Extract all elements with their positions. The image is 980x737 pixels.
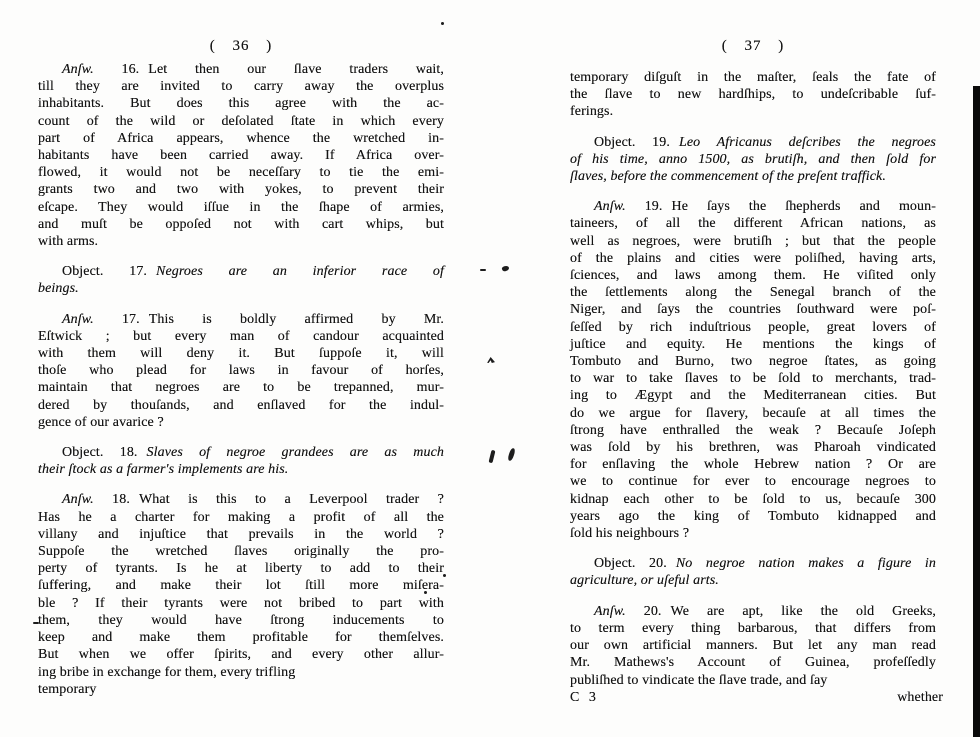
text-line: ſuffering, and make their lot ſtill more…: [38, 577, 444, 594]
text-line: for enſlaving the whole Hebrew nation ? …: [570, 456, 936, 473]
paragraph-number: 20.: [649, 556, 667, 571]
paragraph-answer-19: Anſw. 19.He ſays the ſhepherds and moun-…: [570, 198, 936, 542]
paragraph-number: 19.: [645, 199, 663, 214]
line-text: He ſays the ſhepherds and moun-: [672, 199, 936, 214]
text-line: maintain that negroes are to be trepanne…: [38, 379, 444, 396]
paragraph-objection-18: Object. 18.Slaves of negroe grandees are…: [38, 444, 444, 478]
text-line: till they are invited to carry away the …: [38, 78, 444, 95]
ink-speck: [443, 574, 446, 577]
paragraph-answer-16: Anſw. 16.Let then our ſlave traders wait…: [38, 61, 444, 250]
text-line: to war to take ſlaves to be ſold to merc…: [570, 370, 936, 387]
line-text: Negroes are an inferior race of: [156, 264, 444, 279]
text-line: ble ? If their tyrants were not bribed t…: [38, 595, 444, 612]
text-line: ſciences, and laws among them. He viſite…: [570, 267, 936, 284]
text-line: Anſw. 20.We are apt, like the old Greeks…: [570, 603, 936, 620]
text-line: temporary diſguſt in the maſter, ſeals t…: [570, 69, 936, 86]
paragraph-label: Object.: [594, 135, 636, 150]
text-line: of his time, anno 1500, as brutiſh, and …: [570, 151, 936, 168]
page-36: ( 36 ) Anſw. 16.Let then our ſlave trade…: [38, 38, 444, 698]
text-line: ſlaves, before the commencement of the p…: [570, 168, 936, 185]
paragraph-objection-17: Object. 17.Negroes are an inferior race …: [38, 263, 444, 297]
signature-mark: C 3: [570, 690, 599, 705]
paragraph-objection-19: Object. 19.Leo Africanus deſcribes the n…: [570, 134, 936, 186]
paragraph-objection-20: Object. 20.No negroe nation makes a figu…: [570, 555, 936, 589]
page-37-text: temporary diſguſt in the maſter, ſeals t…: [570, 69, 936, 706]
catchword: whether: [897, 689, 943, 706]
paragraph-number: 17.: [129, 264, 147, 279]
paragraph-number: 18.: [112, 492, 130, 507]
text-line: gence of our avarice ?: [38, 414, 444, 431]
paragraph-continuation: temporary diſguſt in the maſter, ſeals t…: [570, 69, 936, 121]
line-text: This is boldly affirmed by Mr.: [149, 312, 444, 327]
text-line: the ſettlements along the Senegal branch…: [570, 284, 936, 301]
text-line: count of the wild or deſolated ſtate in …: [38, 113, 444, 130]
text-line: ing bribe in exchange for them, every tr…: [38, 664, 444, 681]
text-line: our own artificial manners. But let any …: [570, 637, 936, 654]
text-line: them, they would have ſtrong inducements…: [38, 612, 444, 629]
paragraph-label: Object.: [62, 445, 104, 460]
text-line: with them will deny it. But ſuppoſe it, …: [38, 345, 444, 362]
paragraph-label: Anſw.: [62, 312, 94, 327]
text-line: grants two and two with yokes, to preven…: [38, 181, 444, 198]
text-line: Object. 20.No negroe nation makes a figu…: [570, 555, 936, 572]
paragraph-answer-18: Anſw. 18.What is this to a Leverpool tra…: [38, 491, 444, 680]
ink-speck: [441, 22, 444, 25]
text-line: do we argue for ſlavery, becauſe at all …: [570, 405, 936, 422]
text-line: we to continue for ever to encourage neg…: [570, 473, 936, 490]
text-line: Eſtwick ; but every man of candour acqua…: [38, 328, 444, 345]
line-text: We are apt, like the old Greeks,: [671, 604, 936, 619]
text-line: ing to Ægypt and the Mediterranean citie…: [570, 387, 936, 404]
text-line: Anſw. 19.He ſays the ſhepherds and moun-: [570, 198, 936, 215]
text-line: villany and injuſtice that prevails in t…: [38, 526, 444, 543]
text-line: and muſt be oppoſed not with cart whips,…: [38, 216, 444, 233]
text-line: with arms.: [38, 233, 444, 250]
paragraph-number: 19.: [652, 135, 670, 150]
book-scan: ( 36 ) Anſw. 16.Let then our ſlave trade…: [0, 0, 980, 737]
ink-speck: [488, 450, 495, 464]
paragraph-label: Anſw.: [594, 604, 626, 619]
text-line: Object. 19.Leo Africanus deſcribes the n…: [570, 134, 936, 151]
ink-speck: [424, 591, 427, 594]
text-line: Mr. Mathews's Account of Guinea, profeſſ…: [570, 654, 936, 671]
text-line: perty of tyrants. Is he at liberty to ad…: [38, 560, 444, 577]
ink-speck: [507, 448, 516, 462]
text-line: to term every thing barbarous, that diff…: [570, 620, 936, 637]
paragraph-number: 20.: [644, 604, 662, 619]
page-number-left: ( 36 ): [38, 38, 444, 55]
scan-edge-artifact: [973, 86, 980, 737]
ink-speck: [33, 622, 39, 624]
text-line: dered by thouſands, and enſlaved for the…: [38, 397, 444, 414]
paragraph-label: Object.: [62, 264, 104, 279]
page-number-right: ( 37 ): [570, 38, 936, 55]
text-line: Tombuto and Burno, two negroe ſtates, as…: [570, 353, 936, 370]
paragraph-label: Anſw.: [62, 62, 94, 77]
text-line: But when we offer ſpirits, and every oth…: [38, 646, 444, 663]
ink-speck: [480, 269, 486, 271]
text-line: the ſlave to new hardſhips, to undeſcrib…: [570, 86, 936, 103]
catchword: temporary: [38, 681, 444, 698]
text-line: ſold his neighbours ?: [570, 525, 936, 542]
page-37: ( 37 ) temporary diſguſt in the maſter, …: [570, 38, 936, 706]
text-line: Suppoſe the wretched ſlaves originally t…: [38, 543, 444, 560]
text-line: ferings.: [570, 103, 936, 120]
paragraph-number: 18.: [120, 445, 138, 460]
text-line: years ago the king of Tombuto kidnapped …: [570, 508, 936, 525]
text-line: publiſhed to vindicate the ſlave trade, …: [570, 672, 936, 689]
text-line: beings.: [38, 280, 444, 297]
text-line: keep and make them profitable for themſe…: [38, 629, 444, 646]
text-line: Object. 18.Slaves of negroe grandees are…: [38, 444, 444, 461]
text-line: habitants have been carried away. If Afr…: [38, 147, 444, 164]
text-line: inhabitants. But does this agree with th…: [38, 95, 444, 112]
text-line: juſtice and equity. He mentions the king…: [570, 336, 936, 353]
text-line: of the plains and cities were poliſhed, …: [570, 250, 936, 267]
text-line: Anſw. 17.This is boldly affirmed by Mr.: [38, 311, 444, 328]
line-text: Leo Africanus deſcribes the negroes: [679, 135, 936, 150]
text-line: Object. 17.Negroes are an inferior race …: [38, 263, 444, 280]
text-line: flowed, it would not be neceſſary to tie…: [38, 164, 444, 181]
line-text: Let then our ſlave traders wait,: [148, 62, 444, 77]
ink-speck: [501, 265, 509, 272]
text-line: taineers, of all the different African n…: [570, 215, 936, 232]
text-line: agriculture, or uſeful arts.: [570, 572, 936, 589]
line-text: Slaves of negroe grandees are as much: [147, 445, 444, 460]
paragraph-answer-20: Anſw. 20.We are apt, like the old Greeks…: [570, 603, 936, 689]
text-line: Anſw. 16.Let then our ſlave traders wait…: [38, 61, 444, 78]
text-line: was ſold by his brethren, was Pharoah vi…: [570, 439, 936, 456]
text-line: Has he a charter for making a profit of …: [38, 509, 444, 526]
ink-speck: [487, 357, 495, 363]
paragraph-number: 17.: [122, 312, 140, 327]
text-line: well as negroes, were brutiſh ; but that…: [570, 233, 936, 250]
text-line: part of Africa appears, whence the wretc…: [38, 130, 444, 147]
page-36-text: Anſw. 16.Let then our ſlave traders wait…: [38, 61, 444, 698]
text-line: ſeſſed by rich induſtrious people, great…: [570, 319, 936, 336]
paragraph-number: 16.: [121, 62, 139, 77]
text-line: eſcape. They would iſſue in the ſhape of…: [38, 199, 444, 216]
text-line: Anſw. 18.What is this to a Leverpool tra…: [38, 491, 444, 508]
text-line: kidnap each other to be ſold to us, beca…: [570, 491, 936, 508]
paragraph-label: Object.: [594, 556, 636, 571]
paragraph-answer-17: Anſw. 17.This is boldly affirmed by Mr.E…: [38, 311, 444, 431]
paragraph-label: Anſw.: [62, 492, 94, 507]
text-line: Niger, and ſays the countries ſouthward …: [570, 301, 936, 318]
line-text: No negroe nation makes a figure in: [676, 556, 936, 571]
signature-line: C 3whether: [570, 689, 936, 706]
text-line: thoſe who plead for laws in favour of ho…: [38, 362, 444, 379]
line-text: What is this to a Leverpool trader ?: [139, 492, 444, 507]
text-line: ſtrong have enthralled the weak ? Becauſ…: [570, 422, 936, 439]
text-line: their ſtock as a farmer's implements are…: [38, 461, 444, 478]
paragraph-label: Anſw.: [594, 199, 626, 214]
